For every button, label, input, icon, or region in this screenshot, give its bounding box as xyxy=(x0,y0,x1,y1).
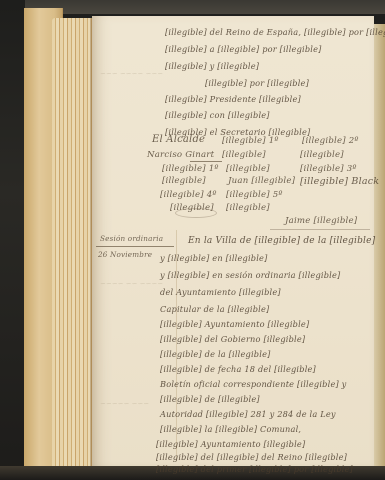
body-line: Capitular de la [illegible] xyxy=(160,304,269,314)
body-line: [illegible] Ayuntamiento [illegible] xyxy=(160,319,309,329)
margin-note-date: 26 Noviembre xyxy=(98,250,152,259)
margin-note-title: Sesión ordinaria xyxy=(100,234,163,243)
bleed-through-text: ~~~~ ~~ ~~~~ xyxy=(100,280,163,288)
margin-note-underline xyxy=(96,246,174,247)
body-line-opening: En la Villa de [illegible] de la [illegi… xyxy=(188,236,375,246)
body-line: [illegible] del primer [illegible] por [… xyxy=(156,464,353,474)
bleed-through-text: ~~~ ~~~~~ xyxy=(100,400,149,408)
page-right-edge xyxy=(374,24,385,470)
signature-name: [illegible] xyxy=(226,203,270,213)
top-binding-strip xyxy=(25,0,385,14)
signature-name: Juan [illegible] xyxy=(228,176,295,186)
text-line: [illegible] Presidente [illegible] xyxy=(165,94,301,104)
signature-name: [illegible] xyxy=(162,176,206,186)
body-line: Autoridad [illegible] 281 y 284 de la Le… xyxy=(160,409,336,419)
signature-flourish xyxy=(175,208,217,218)
signature-title: [illegible] 2º xyxy=(302,136,359,146)
signature-underline xyxy=(190,161,222,162)
body-line: del Ayuntamiento [illegible] xyxy=(160,287,281,297)
signature-alcalde-title: El Alcalde xyxy=(152,134,205,145)
signature-title: [illegible] 1º xyxy=(222,136,279,146)
secretary-signature: Jaime [illegible] xyxy=(285,216,357,226)
text-line: [illegible] por [illegible] xyxy=(205,78,309,88)
body-line: [illegible] de la [illegible] xyxy=(160,349,271,359)
signature-title: [illegible] xyxy=(226,164,270,174)
text-line: [illegible] y [illegible] xyxy=(165,61,259,71)
signature-title: [illegible] 5º xyxy=(226,190,283,200)
text-line: [illegible] a [illegible] por [illegible… xyxy=(165,44,322,54)
body-line: y [illegible] en [illegible] xyxy=(160,253,267,263)
body-line: [illegible] Ayuntamiento [illegible] xyxy=(156,439,305,449)
signature-title: [illegible] 4º xyxy=(160,190,217,200)
text-line: [illegible] del Reino de España, [illegi… xyxy=(165,27,385,37)
body-line: [illegible] de fecha 18 del [illegible] xyxy=(160,364,316,374)
body-line: [illegible] del [illegible] del Reino [i… xyxy=(156,452,347,462)
text-line: [illegible] con [illegible] xyxy=(165,110,270,120)
signature-name: [illegible] xyxy=(222,150,266,160)
signature-title: [illegible] 1º xyxy=(162,164,219,174)
body-line: [illegible] la [illegible] Comunal, xyxy=(160,424,301,434)
body-line: Boletín oficial correspondiente [illegib… xyxy=(160,379,347,389)
signature-name: Narciso Ginart xyxy=(147,150,214,160)
body-line: y [illegible] en sesión ordinaria [illeg… xyxy=(160,270,340,280)
body-line: [illegible] de [illegible] xyxy=(160,394,260,404)
scanned-ledger-scene: ~~~ ~~~~ ~~~ ~~~~ ~~ ~~~~ ~~~ ~~~~~ [ill… xyxy=(0,0,385,480)
body-line: [illegible] del Gobierno [illegible] xyxy=(160,334,305,344)
signature-name: [illegible] Black xyxy=(300,176,379,187)
signature-name: [illegible] xyxy=(300,150,344,160)
bleed-through-text: ~~~ ~~~~ ~~~ xyxy=(100,70,163,78)
signature-underline xyxy=(270,229,370,230)
signature-title: [illegible] 3º xyxy=(300,164,357,174)
